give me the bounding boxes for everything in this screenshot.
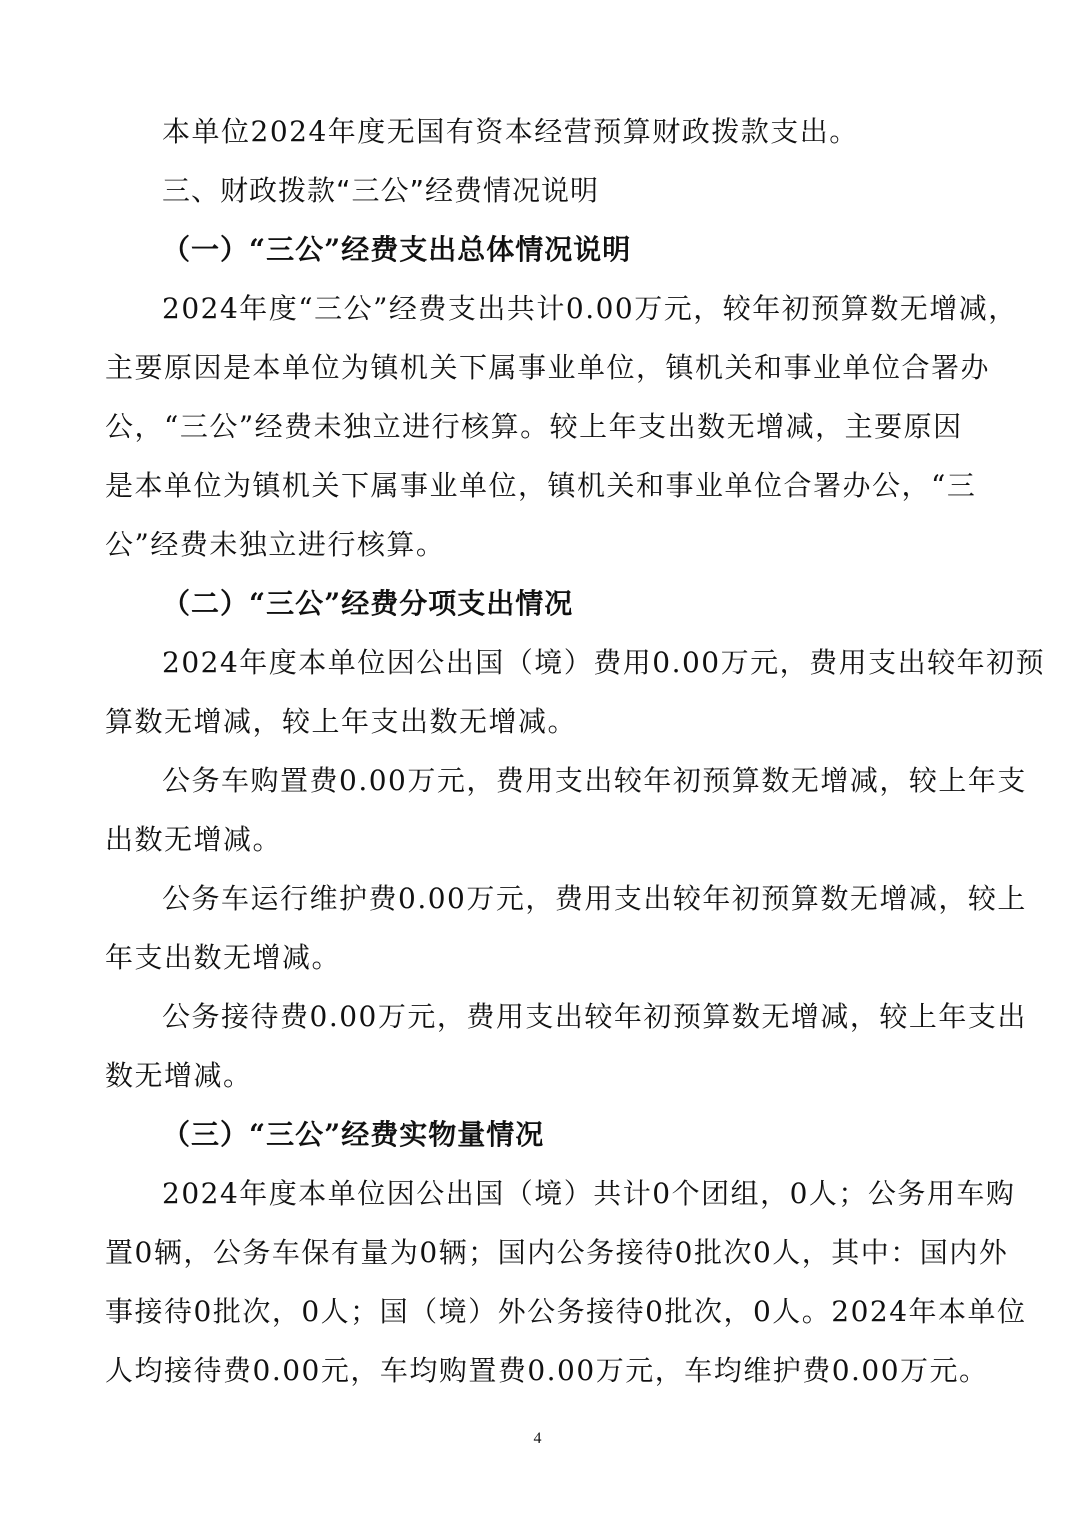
page-number: 4 — [0, 1430, 1075, 1448]
paragraph-line: 是本单位为镇机关下属事业单位，镇机关和事业单位合署办公，“三 — [105, 466, 975, 506]
subsection-heading: （一）“三公”经费支出总体情况说明 — [162, 230, 1032, 270]
paragraph-line: 人均接待费0.00元，车均购置费0.00万元，车均维护费0.00万元。 — [105, 1351, 975, 1391]
paragraph-line: 置0辆，公务车保有量为0辆；国内公务接待0批次0人，其中：国内外 — [105, 1233, 975, 1273]
section-heading: 三、财政拨款“三公”经费情况说明 — [162, 171, 975, 211]
paragraph-line: 公务车运行维护费0.00万元，费用支出较年初预算数无增减，较上 — [162, 879, 975, 919]
paragraph-line: 公”经费未独立进行核算。 — [105, 525, 975, 565]
paragraph-line: 2024年度“三公”经费支出共计0.00万元，较年初预算数无增减， — [162, 289, 975, 329]
paragraph-line: 年支出数无增减。 — [105, 938, 975, 978]
paragraph-line: 算数无增减，较上年支出数无增减。 — [105, 702, 975, 742]
paragraph-line: 2024年度本单位因公出国（境）费用0.00万元，费用支出较年初预 — [162, 643, 975, 683]
paragraph-line: 出数无增减。 — [105, 820, 975, 860]
paragraph-line: 数无增减。 — [105, 1056, 975, 1096]
paragraph-line: 公务车购置费0.00万元，费用支出较年初预算数无增减，较上年支 — [162, 761, 975, 801]
paragraph-line: 事接待0批次，0人；国（境）外公务接待0批次，0人。2024年本单位 — [105, 1292, 975, 1332]
paragraph-line: 主要原因是本单位为镇机关下属事业单位，镇机关和事业单位合署办 — [105, 348, 975, 388]
paragraph-line: 本单位2024年度无国有资本经营预算财政拨款支出。 — [162, 112, 975, 152]
subsection-heading: （二）“三公”经费分项支出情况 — [162, 584, 1032, 624]
paragraph-line: 公，“三公”经费未独立进行核算。较上年支出数无增减，主要原因 — [105, 407, 975, 447]
document-page: 本单位2024年度无国有资本经营预算财政拨款支出。 三、财政拨款“三公”经费情况… — [0, 0, 1075, 1520]
paragraph-line: 公务接待费0.00万元，费用支出较年初预算数无增减，较上年支出 — [162, 997, 975, 1037]
subsection-heading: （三）“三公”经费实物量情况 — [162, 1115, 1032, 1155]
paragraph-line: 2024年度本单位因公出国（境）共计0个团组，0人；公务用车购 — [162, 1174, 975, 1214]
